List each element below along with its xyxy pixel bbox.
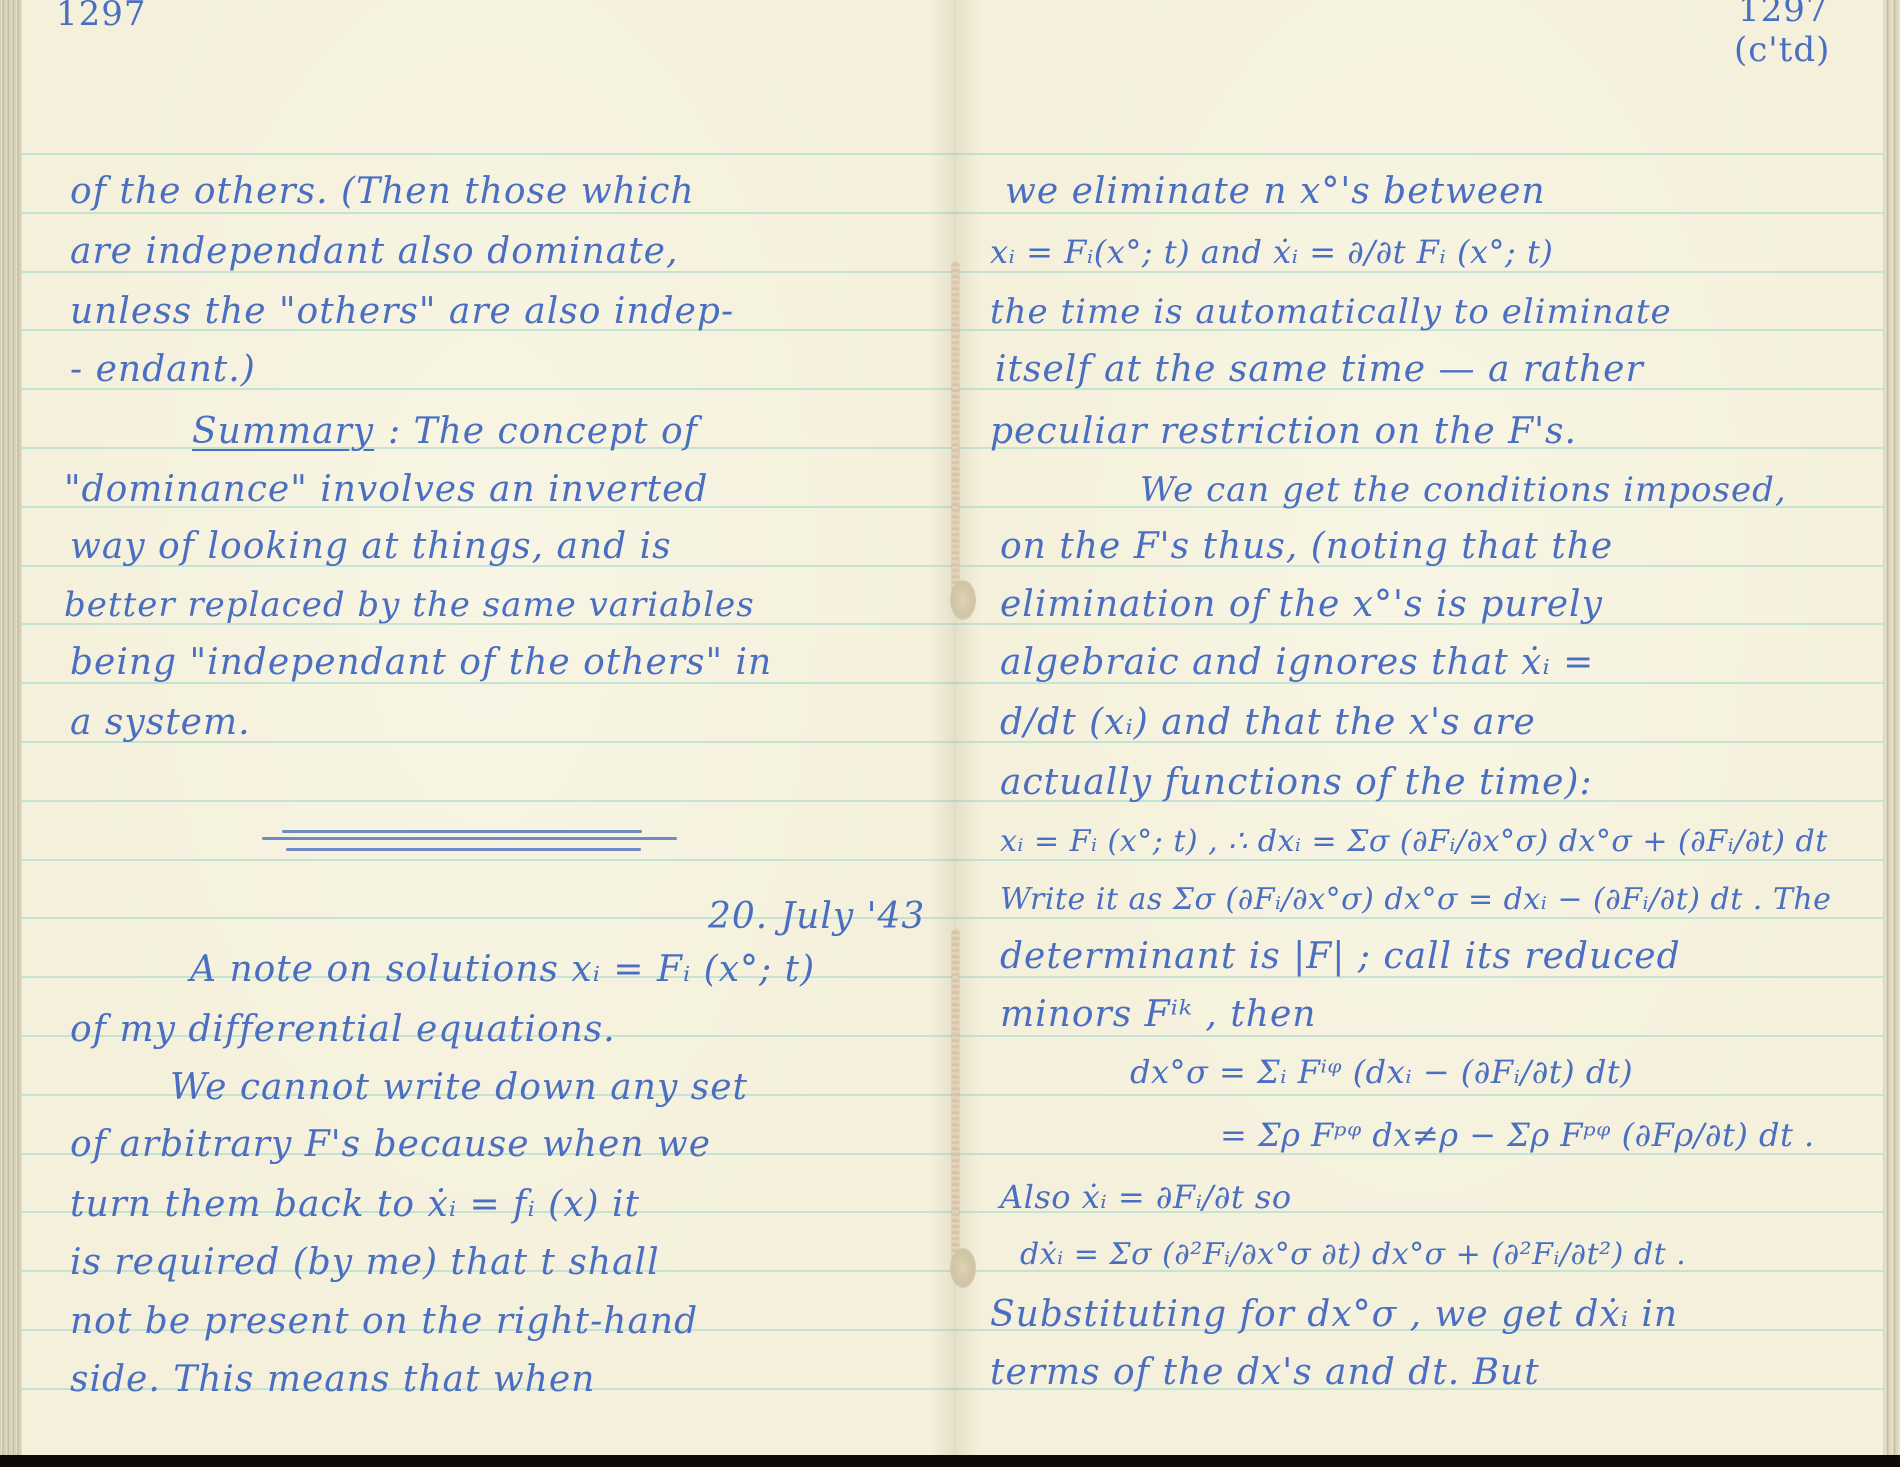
ruled-line [22, 153, 955, 155]
equation-line: xᵢ = Fᵢ(x°; t) and ẋᵢ = ∂/∂t Fᵢ (x°; t) [990, 232, 1553, 272]
text-line: being "independant of the others" in [70, 643, 772, 683]
text-line: better replaced by the same variables [64, 585, 755, 625]
text-line: a system. [70, 703, 251, 743]
ruled-line [955, 1094, 1883, 1096]
notebook-spread: 1297 of the others. (Then those which ar… [0, 0, 1900, 1467]
entry-date: 20. July '43 [708, 897, 925, 937]
text-line: d/dt (xᵢ) and that the x's are [1000, 703, 1536, 743]
text-line: of arbitrary F's because when we [70, 1125, 711, 1165]
equation-line: Write it as Σσ (∂Fᵢ/∂x°σ) dx°σ = dxᵢ − (… [1000, 880, 1831, 920]
text-line: are independant also dominate, [70, 232, 678, 272]
text-line: itself at the same time — a rather [995, 350, 1644, 390]
equation-line: = Σρ Fᵖᵠ dx≠ρ − Σρ Fᵖᵠ (∂Fρ/∂t) dt . [1220, 1115, 1815, 1155]
text-line: of the others. (Then those which [70, 172, 695, 212]
text-line: algebraic and ignores that ẋᵢ = [1000, 643, 1594, 683]
binding-knot-lower [950, 1248, 976, 1288]
page-number-left: 1297 [56, 0, 147, 34]
text-line: way of looking at things, and is [70, 527, 672, 567]
text-line: "dominance" involves an inverted [64, 470, 708, 510]
ruled-line [22, 800, 955, 802]
text-line: turn them back to ẋᵢ = fᵢ (x) it [70, 1185, 640, 1225]
text-line: elimination of the x°'s is purely [1000, 585, 1603, 625]
equation-line: dx°σ = Σᵢ Fⁱᵠ (dxᵢ − (∂Fᵢ/∂t) dt) [1130, 1052, 1633, 1092]
binding-knot-upper [950, 580, 976, 620]
binding-thread-upper [952, 262, 959, 592]
text-line: peculiar restriction on the F's. [990, 412, 1577, 452]
page-continued-note: (c'td) [1734, 30, 1830, 70]
text-line: We cannot write down any set [170, 1068, 748, 1108]
equation-line: xᵢ = Fᵢ (x°; t) , ∴ dxᵢ = Σσ (∂Fᵢ/∂x°σ) … [1000, 822, 1828, 862]
text-line: unless the "others" are also indep- [70, 292, 734, 332]
text-line: the time is automatically to eliminate [990, 292, 1672, 332]
ruled-line [22, 859, 955, 861]
text-line: actually functions of the time): [1000, 763, 1593, 803]
text-line: we eliminate n x°'s between [1005, 172, 1546, 212]
ruled-line [955, 153, 1883, 155]
equation-line: Also ẋᵢ = ∂Fᵢ/∂t so [1000, 1177, 1292, 1217]
text-line: side. This means that when [70, 1360, 595, 1400]
equation-line: dẋᵢ = Σσ (∂²Fᵢ/∂x°σ ∂t) dx°σ + (∂²Fᵢ/∂t²… [1020, 1235, 1686, 1275]
binding-thread-lower [952, 930, 959, 1260]
text-line: not be present on the right-hand [70, 1302, 698, 1342]
ruled-line [22, 212, 955, 214]
bottom-edge [0, 1455, 1900, 1467]
page-number-right: 1297 [1738, 0, 1829, 30]
text-line: - endant.) [70, 350, 256, 390]
section-divider [286, 848, 641, 851]
ruled-line [955, 1035, 1883, 1037]
text-line: on the F's thus, (noting that the [1000, 527, 1613, 567]
section-divider [282, 830, 642, 833]
left-page-edges [0, 0, 22, 1455]
section-divider [262, 837, 677, 840]
text-line: is required (by me) that t shall [70, 1243, 660, 1283]
text-line: Substituting for dx°σ , we get dẋᵢ in [990, 1295, 1678, 1335]
text-line: minors Fⁱᵏ , then [1000, 995, 1316, 1035]
right-page-edges [1883, 0, 1900, 1455]
text-line: terms of the dx's and dt. But [990, 1353, 1540, 1393]
summary-heading: Summary [192, 412, 374, 452]
ruled-line [955, 212, 1883, 214]
text-line: determinant is |F| ; call its reduced [1000, 937, 1681, 977]
text-line: of my differential equations. [70, 1010, 616, 1050]
text-line: We can get the conditions imposed, [1140, 470, 1787, 510]
text-line: : The concept of [388, 412, 698, 452]
text-line: A note on solutions xᵢ = Fᵢ (x°; t) [190, 950, 815, 990]
